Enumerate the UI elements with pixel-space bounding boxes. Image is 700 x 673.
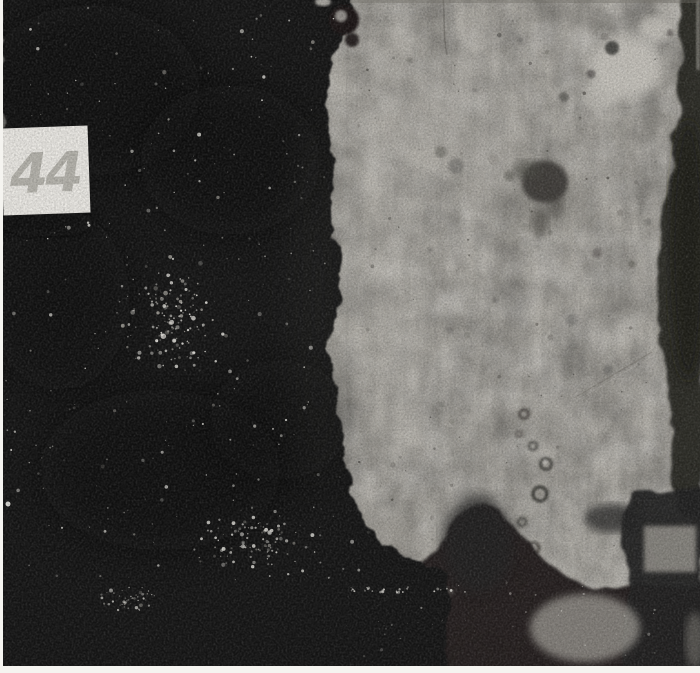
grain-layer-light (0, 0, 700, 666)
left-margin (0, 0, 3, 673)
photograph: 44 (0, 0, 700, 673)
fouling-test-panel-photo: 44 (0, 0, 700, 673)
bottom-margin (0, 666, 700, 673)
top-edge-shade (350, 0, 700, 3)
photo-area: 44 (0, 0, 700, 673)
